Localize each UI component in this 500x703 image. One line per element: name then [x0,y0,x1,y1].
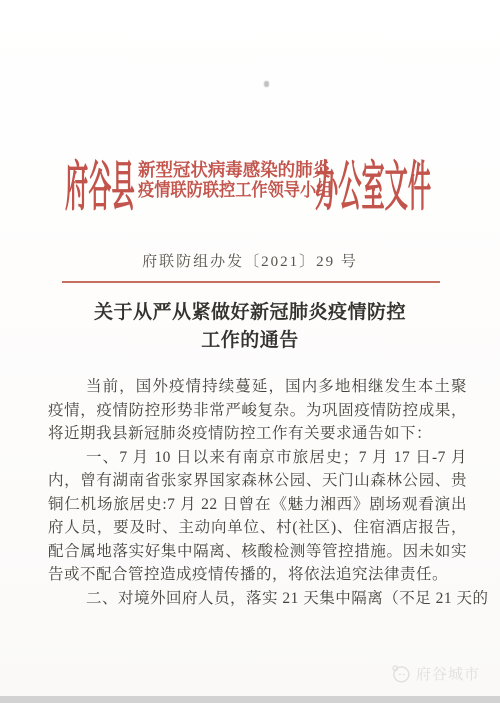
page-edge-shadow [0,696,500,703]
document-body: 当前，国外疫情持续蔓延，国内多地相继发生本土聚集性 疫情，疫情防控形势非常严峻复… [48,375,467,610]
scan-speck [264,81,269,87]
body-line: 当前，国外疫情持续蔓延，国内多地相继发生本土聚集性 [48,375,467,399]
body-line: 将近期我县新冠肺炎疫情防控工作有关要求通告如下： [48,422,467,446]
watermark: 府谷城市 [390,663,480,684]
body-line: 配合属地落实好集中隔离、核酸检测等管控措施。因未如实报 [48,540,467,564]
letterhead: 府谷县 新型冠状病毒感染的肺炎 疫情联防联控工作领导小组 办公室文件 [65,158,500,220]
title-line-2: 工作的通告 [0,327,500,355]
body-line: 一、7 月 10 日以来有南京市旅居史；7 月 17 日-7 月 27 日 [48,446,467,470]
scanned-document-page: 府谷县 新型冠状病毒感染的肺炎 疫情联防联控工作领导小组 办公室文件 府联防组办… [0,0,500,703]
agency-small-line2: 疫情联防联控工作领导小组 [138,181,318,201]
document-title: 关于从严从紧做好新冠肺炎疫情防控 工作的通告 [0,299,500,355]
body-line: 二、对境外回府人员，落实 21 天集中隔离（不足 21 天的 [48,587,467,611]
watermark-logo-icon [390,663,411,684]
watermark-label: 府谷城市 [416,663,480,684]
agency-name-large: 府谷县 [65,158,135,216]
agency-name-small-block: 新型冠状病毒感染的肺炎 疫情联防联控工作领导小组 [138,161,338,200]
agency-small-line1: 新型冠状病毒感染的肺炎 [138,161,332,181]
document-number: 府联防组办发〔2021〕29 号 [0,250,500,271]
body-line: 铜仁机场旅居史:7 月 22 日曾在《魅力湘西》剧场观看演出的在 [48,493,467,517]
title-line-1: 关于从严从紧做好新冠肺炎疫情防控 [0,299,500,327]
agency-suffix-large: 办公室文件 [315,158,431,216]
body-line: 内，曾有湖南省张家界国家森林公园、天门山森林公园、贵州 [48,469,467,493]
body-line: 疫情，疫情防控形势非常严峻复杂。为巩固疫情防控成果，现 [48,399,467,423]
body-line: 告或不配合管控造成疫情传播的，将依法追究法律责任。 [48,563,467,587]
body-line: 府人员，要及时、主动向单位、村(社区)、住宿酒店报告，并 [48,516,467,540]
red-divider-line [62,281,440,283]
